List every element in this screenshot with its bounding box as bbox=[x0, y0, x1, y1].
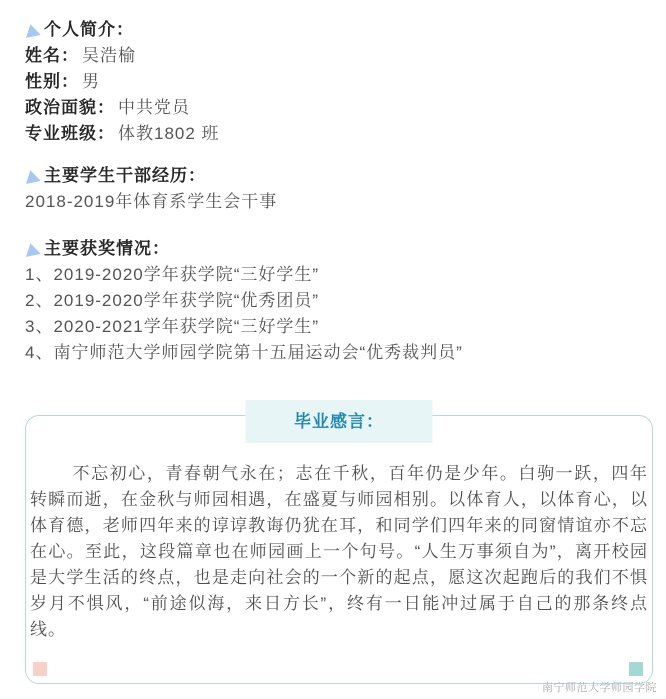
awards-heading: 主要获奖情况： bbox=[25, 236, 666, 262]
article-page: 个人简介： 姓名：吴浩榆 性别：男 政治面貌：中共党员 专业班级：体教1802 … bbox=[0, 0, 666, 699]
field-label: 专业班级： bbox=[25, 124, 115, 143]
award-item: 1、2019-2020学年获学院“三好学生” bbox=[25, 262, 666, 288]
award-item: 3、2020-2021学年获学院“三好学生” bbox=[25, 314, 666, 340]
awards-heading-label: 主要获奖情况： bbox=[44, 236, 170, 262]
watermark: 南宁师范大学师园学院 bbox=[542, 679, 657, 695]
field-label: 性别： bbox=[25, 72, 79, 91]
profile-heading-label: 个人简介： bbox=[44, 17, 134, 43]
field-value: 男 bbox=[82, 72, 100, 91]
article-content: 个人简介： 姓名：吴浩榆 性别：男 政治面貌：中共党员 专业班级：体教1802 … bbox=[0, 0, 666, 366]
field-value: 吴浩榆 bbox=[82, 46, 136, 65]
field-value: 中共党员 bbox=[118, 98, 190, 117]
triangle-icon bbox=[24, 23, 41, 38]
section-cadre-experience: 主要学生干部经历： 2018-2019年体育系学生会干事 bbox=[25, 163, 666, 215]
speech-text: 不忘初心，青春朝气永在；志在千秋，百年仍是少年。白驹一跃，四年转瞬而逝，在金秋与… bbox=[30, 461, 648, 643]
field-row-name: 姓名：吴浩榆 bbox=[25, 43, 666, 69]
section-awards: 主要获奖情况： 1、2019-2020学年获学院“三好学生” 2、2019-20… bbox=[25, 236, 666, 366]
cadre-heading: 主要学生干部经历： bbox=[25, 163, 666, 189]
field-row-political-status: 政治面貌：中共党员 bbox=[25, 95, 666, 121]
award-item: 2、2019-2020学年获学院“优秀团员” bbox=[25, 288, 666, 314]
field-label: 姓名： bbox=[25, 46, 79, 65]
pink-decor-square bbox=[33, 662, 47, 676]
cadre-heading-label: 主要学生干部经历： bbox=[44, 163, 206, 189]
triangle-icon bbox=[24, 169, 41, 184]
field-row-class: 专业班级：体教1802 班 bbox=[25, 121, 666, 147]
profile-heading: 个人简介： bbox=[25, 17, 666, 43]
triangle-icon bbox=[24, 242, 41, 257]
field-row-gender: 性别：男 bbox=[25, 69, 666, 95]
graduation-speech-box: 毕业感言： 不忘初心，青春朝气永在；志在千秋，百年仍是少年。白驹一跃，四年转瞬而… bbox=[25, 415, 653, 684]
award-item: 4、南宁师范大学师园学院第十五届运动会“优秀裁判员” bbox=[25, 340, 666, 366]
field-label: 政治面貌： bbox=[25, 98, 115, 117]
teal-decor-square bbox=[629, 662, 643, 676]
field-value: 体教1802 班 bbox=[118, 124, 220, 143]
section-profile: 个人简介： 姓名：吴浩榆 性别：男 政治面貌：中共党员 专业班级：体教1802 … bbox=[25, 17, 666, 147]
speech-label: 毕业感言： bbox=[246, 400, 433, 443]
cadre-item: 2018-2019年体育系学生会干事 bbox=[25, 189, 666, 215]
